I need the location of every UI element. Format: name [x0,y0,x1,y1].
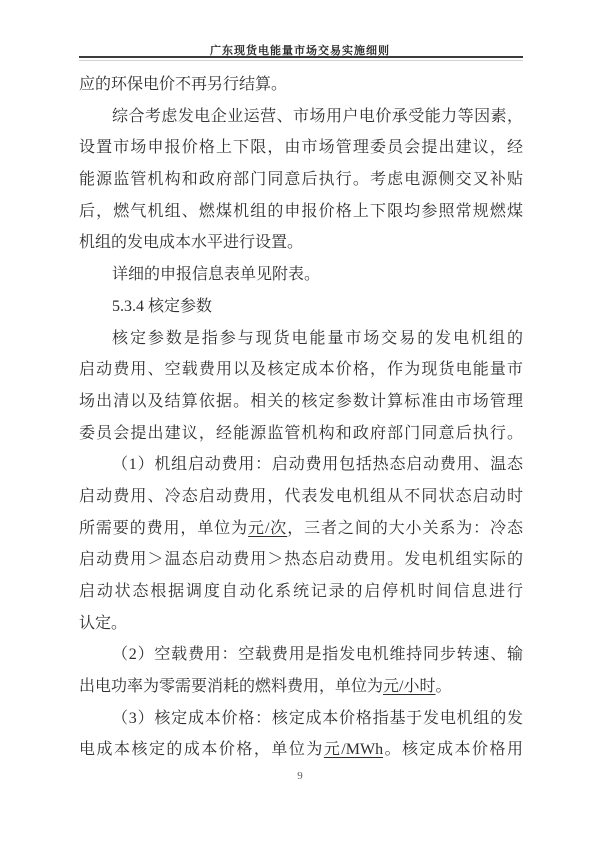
text-segment: 详细的申报信息表单见附表。 [112,266,320,283]
text-line: 详细的申报信息表单见附表。 [79,259,523,291]
text-line: （3）核定成本价格：核定成本价格指基于发电机组的发 [79,703,523,735]
text-segment: 核定参数是指参与现货电能量市场交易的发电机组的 [112,330,523,347]
text-segment: 所需要的费用，单位为 [79,520,248,537]
text-line: 委员会提出建议，经能源监管机构和政府部门同意后执行。 [79,418,523,450]
text-line: 启动费用＞温态启动费用＞热态启动费用。发电机组实际的 [79,544,523,576]
text-segment: 认定。 [79,615,127,632]
text-segment: 启动费用＞温态启动费用＞热态启动费用。发电机组实际的 [79,551,523,568]
text-line: 出电功率为零需要消耗的燃料费用，单位为元/小时。 [79,671,523,703]
text-segment: （3）核定成本价格：核定成本价格指基于发电机组的发 [112,710,523,727]
text-segment: 启动状态根据调度自动化系统记录的启停机时间信息进行 [79,583,523,600]
text-line: 核定参数是指参与现货电能量市场交易的发电机组的 [79,323,523,355]
text-segment: ，三者之间的大小关系为：冷态 [287,520,523,537]
text-line: 能源监管机构和政府部门同意后执行。考虑电源侧交叉补贴 [79,164,523,196]
section-heading: 5.3.4 核定参数 [79,291,523,323]
document-page: 广东现货电能量市场交易实施细则 应的环保电价不再另行结算。综合考虑发电企业运营、… [0,0,600,848]
underlined-unit: 元/小时 [383,678,435,695]
text-segment: 能源监管机构和政府部门同意后执行。考虑电源侧交叉补贴 [79,171,523,188]
text-segment: 委员会提出建议，经能源监管机构和政府部门同意后执行。 [79,425,523,442]
text-segment: 。核定成本价格用 [383,741,523,758]
text-line: 后，燃气机组、燃煤机组的申报价格上下限均参照常规燃煤 [79,196,523,228]
text-segment: 机组的发电成本水平进行设置。 [79,234,303,251]
text-segment: （2）空载费用：空载费用是指发电机维持同步转速、输 [112,646,523,663]
text-line: 启动状态根据调度自动化系统记录的启停机时间信息进行 [79,576,523,608]
text-line: 设置市场申报价格上下限，由市场管理委员会提出建议，经 [79,132,523,164]
text-line: （2）空载费用：空载费用是指发电机维持同步转速、输 [79,639,523,671]
page-number: 9 [0,770,600,782]
text-line: 认定。 [79,608,523,640]
text-line: 电成本核定的成本价格，单位为元/MWh。核定成本价格用 [79,734,523,766]
text-line: 综合考虑发电企业运营、市场用户电价承受能力等因素， [79,101,523,133]
text-segment: 综合考虑发电企业运营、市场用户电价承受能力等因素， [112,108,523,125]
text-segment: 。 [435,678,451,695]
header-rule-shadow [79,60,523,61]
text-line: 所需要的费用，单位为元/次，三者之间的大小关系为：冷态 [79,513,523,545]
document-body: 应的环保电价不再另行结算。综合考虑发电企业运营、市场用户电价承受能力等因素，设置… [79,69,523,766]
text-segment: （1）机组启动费用：启动费用包括热态启动费用、温态 [112,456,523,473]
text-segment: 场出清以及结算依据。相关的核定参数计算标准由市场管理 [79,393,523,410]
text-line: 启动费用、空载费用以及核定成本价格，作为现货电能量市 [79,354,523,386]
text-line: 场出清以及结算依据。相关的核定参数计算标准由市场管理 [79,386,523,418]
text-segment: 设置市场申报价格上下限，由市场管理委员会提出建议，经 [79,139,523,156]
text-segment: 电成本核定的成本价格，单位为 [79,741,324,758]
text-segment: 启动费用、空载费用以及核定成本价格，作为现货电能量市 [79,361,523,378]
text-line: 启动费用、冷态启动费用，代表发电机组从不同状态启动时 [79,481,523,513]
underlined-unit: 元/MWh [324,741,383,758]
text-line: 应的环保电价不再另行结算。 [79,69,523,101]
text-segment: 应的环保电价不再另行结算。 [79,76,287,93]
text-line: （1）机组启动费用：启动费用包括热态启动费用、温态 [79,449,523,481]
underlined-unit: 元/次 [248,520,287,537]
text-segment: 启动费用、冷态启动费用，代表发电机组从不同状态启动时 [79,488,523,505]
text-segment: 后，燃气机组、燃煤机组的申报价格上下限均参照常规燃煤 [79,203,523,220]
header-rule [79,56,523,58]
text-segment: 出电功率为零需要消耗的燃料费用，单位为 [79,678,383,695]
text-segment: 5.3.4 核定参数 [112,298,212,315]
text-line: 机组的发电成本水平进行设置。 [79,227,523,259]
